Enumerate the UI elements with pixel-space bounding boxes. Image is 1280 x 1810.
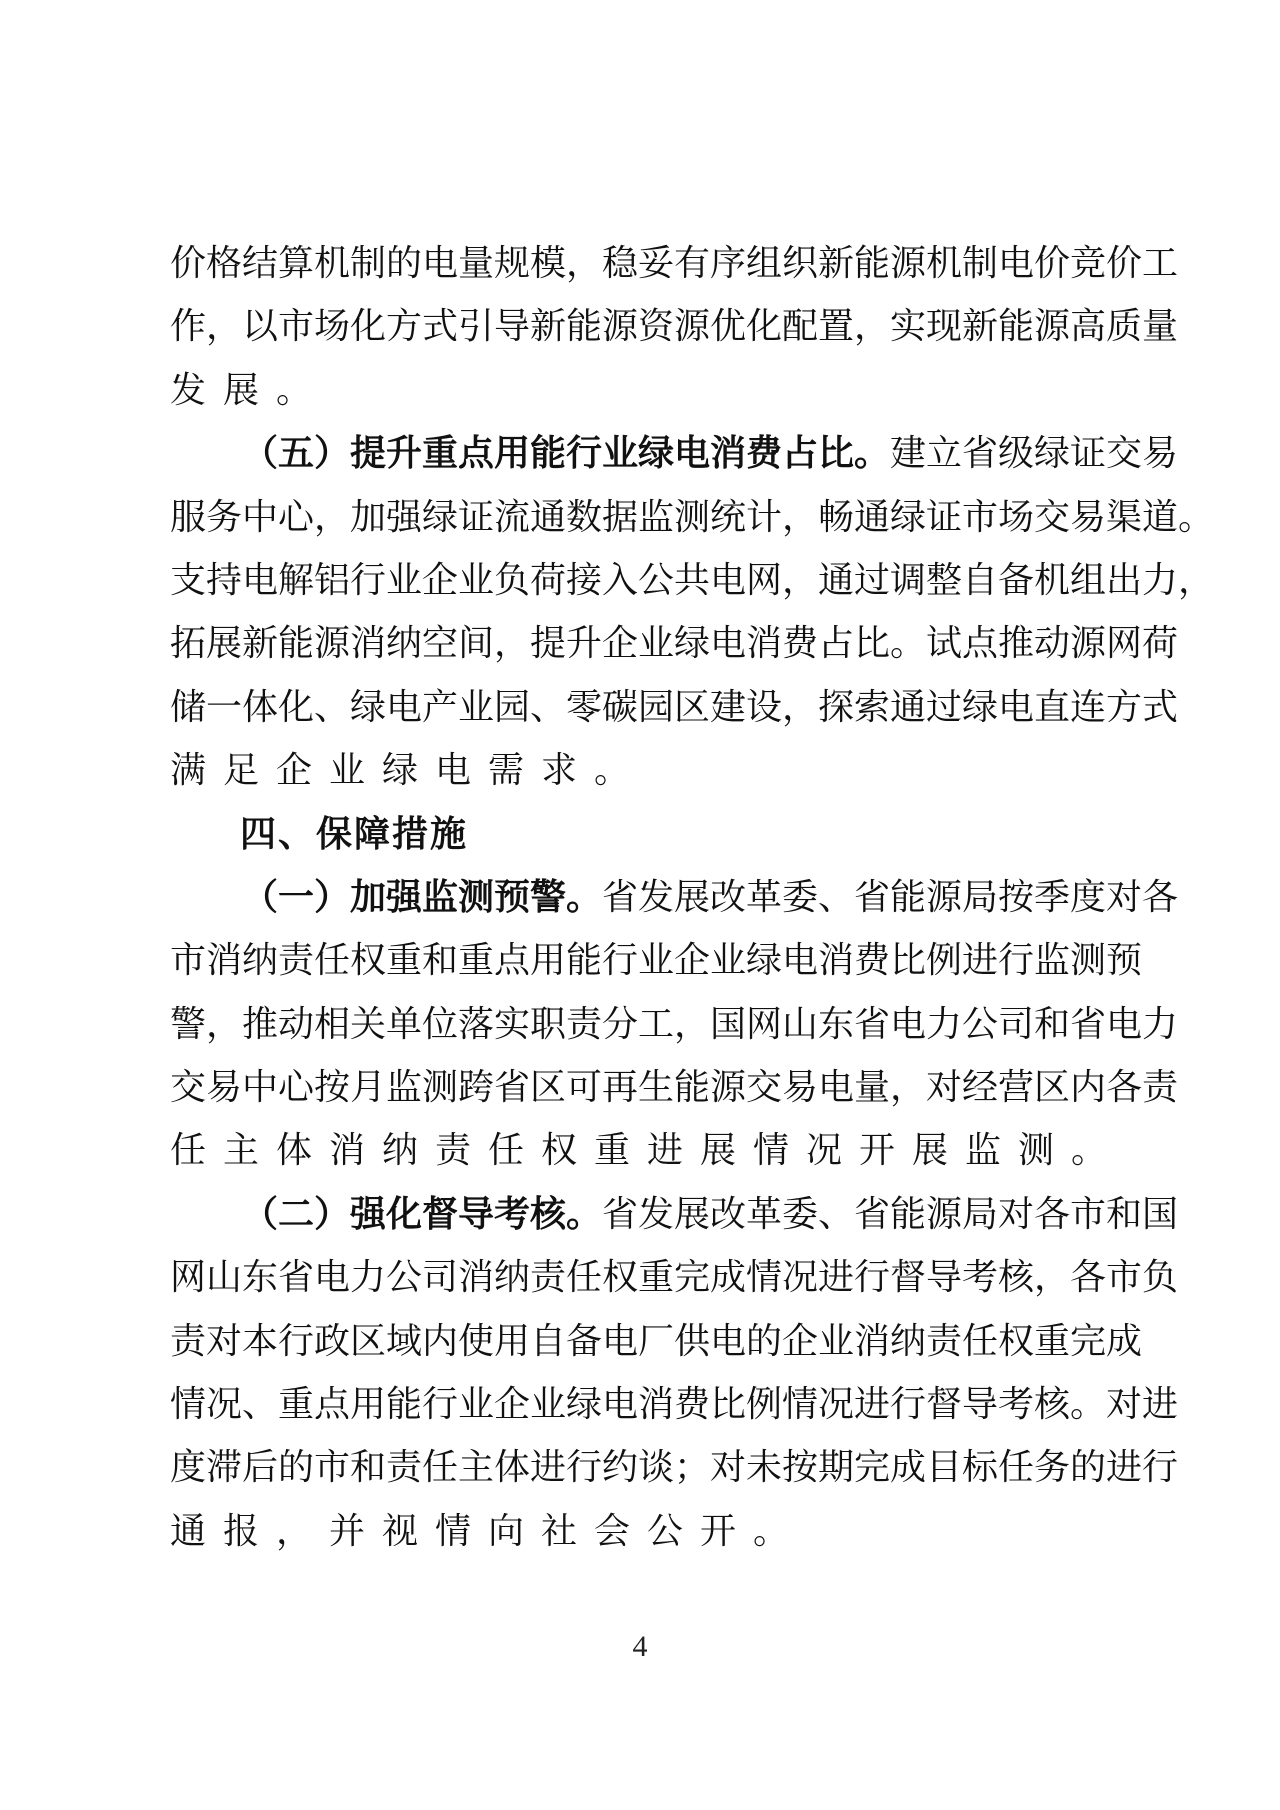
text-line: 责对本行政区域内使用自备电厂供电的企业消纳责任权重完成 xyxy=(170,1310,1130,1373)
document-body: 价格结算机制的电量规模，稳妥有序组织新能源机制电价竞价工 作，以市场化方式引导新… xyxy=(170,232,1130,1563)
text-line: 作，以市场化方式引导新能源资源优化配置，实现新能源高质量 xyxy=(170,295,1130,358)
measure-lead: （二）强化督导考核。 xyxy=(242,1193,602,1235)
text-line: 市消纳责任权重和重点用能行业企业绿电消费比例进行监测预 xyxy=(170,929,1130,992)
section-heading: 四、保障措施 xyxy=(170,803,1130,866)
page-number: 4 xyxy=(0,1630,1280,1664)
text-line: （二）强化督导考核。省发展改革委、省能源局对各市和国 xyxy=(170,1183,1130,1246)
paragraph-section-5: （五）提升重点用能行业绿电消费占比。建立省级绿证交易 服务中心，加强绿证流通数据… xyxy=(170,422,1130,802)
paragraph-continued: 价格结算机制的电量规模，稳妥有序组织新能源机制电价竞价工 作，以市场化方式引导新… xyxy=(170,232,1130,422)
text-line: 满足企业绿电需求。 xyxy=(170,739,1130,802)
paragraph-measure-1: （一）加强监测预警。省发展改革委、省能源局按季度对各 市消纳责任权重和重点用能行… xyxy=(170,866,1130,1183)
text-line: 警，推动相关单位落实职责分工，国网山东省电力公司和省电力 xyxy=(170,993,1130,1056)
measure-lead: （一）加强监测预警。 xyxy=(242,876,602,918)
document-page: 价格结算机制的电量规模，稳妥有序组织新能源机制电价竞价工 作，以市场化方式引导新… xyxy=(0,0,1280,1810)
text-line: 情况、重点用能行业企业绿电消费比例情况进行督导考核。对进 xyxy=(170,1373,1130,1436)
text-line: 任主体消纳责任权重进展情况开展监测。 xyxy=(170,1119,1130,1182)
text-line: 交易中心按月监测跨省区可再生能源交易电量，对经营区内各责 xyxy=(170,1056,1130,1119)
text-line: （一）加强监测预警。省发展改革委、省能源局按季度对各 xyxy=(170,866,1130,929)
text-line: 发展。 xyxy=(170,359,1130,422)
text-span: 省发展改革委、省能源局按季度对各 xyxy=(602,877,1178,918)
text-line: 储一体化、绿电产业园、零碳园区建设，探索通过绿电直连方式 xyxy=(170,676,1130,739)
text-span: 建立省级绿证交易 xyxy=(890,433,1178,474)
text-span: 省发展改革委、省能源局对各市和国 xyxy=(602,1194,1178,1235)
text-line: 支持电解铝行业企业负荷接入公共电网，通过调整自备机组出力， xyxy=(170,549,1130,612)
text-line: 服务中心，加强绿证流通数据监测统计，畅通绿证市场交易渠道。 xyxy=(170,486,1130,549)
text-line: 度滞后的市和责任主体进行约谈；对未按期完成目标任务的进行 xyxy=(170,1436,1130,1499)
text-line: 拓展新能源消纳空间，提升企业绿电消费占比。试点推动源网荷 xyxy=(170,612,1130,675)
text-line: 价格结算机制的电量规模，稳妥有序组织新能源机制电价竞价工 xyxy=(170,232,1130,295)
text-line: 网山东省电力公司消纳责任权重完成情况进行督导考核，各市负 xyxy=(170,1246,1130,1309)
text-line: 通报，并视情向社会公开。 xyxy=(170,1500,1130,1563)
section-lead: （五）提升重点用能行业绿电消费占比。 xyxy=(242,432,890,474)
text-line: （五）提升重点用能行业绿电消费占比。建立省级绿证交易 xyxy=(170,422,1130,485)
paragraph-measure-2: （二）强化督导考核。省发展改革委、省能源局对各市和国 网山东省电力公司消纳责任权… xyxy=(170,1183,1130,1563)
